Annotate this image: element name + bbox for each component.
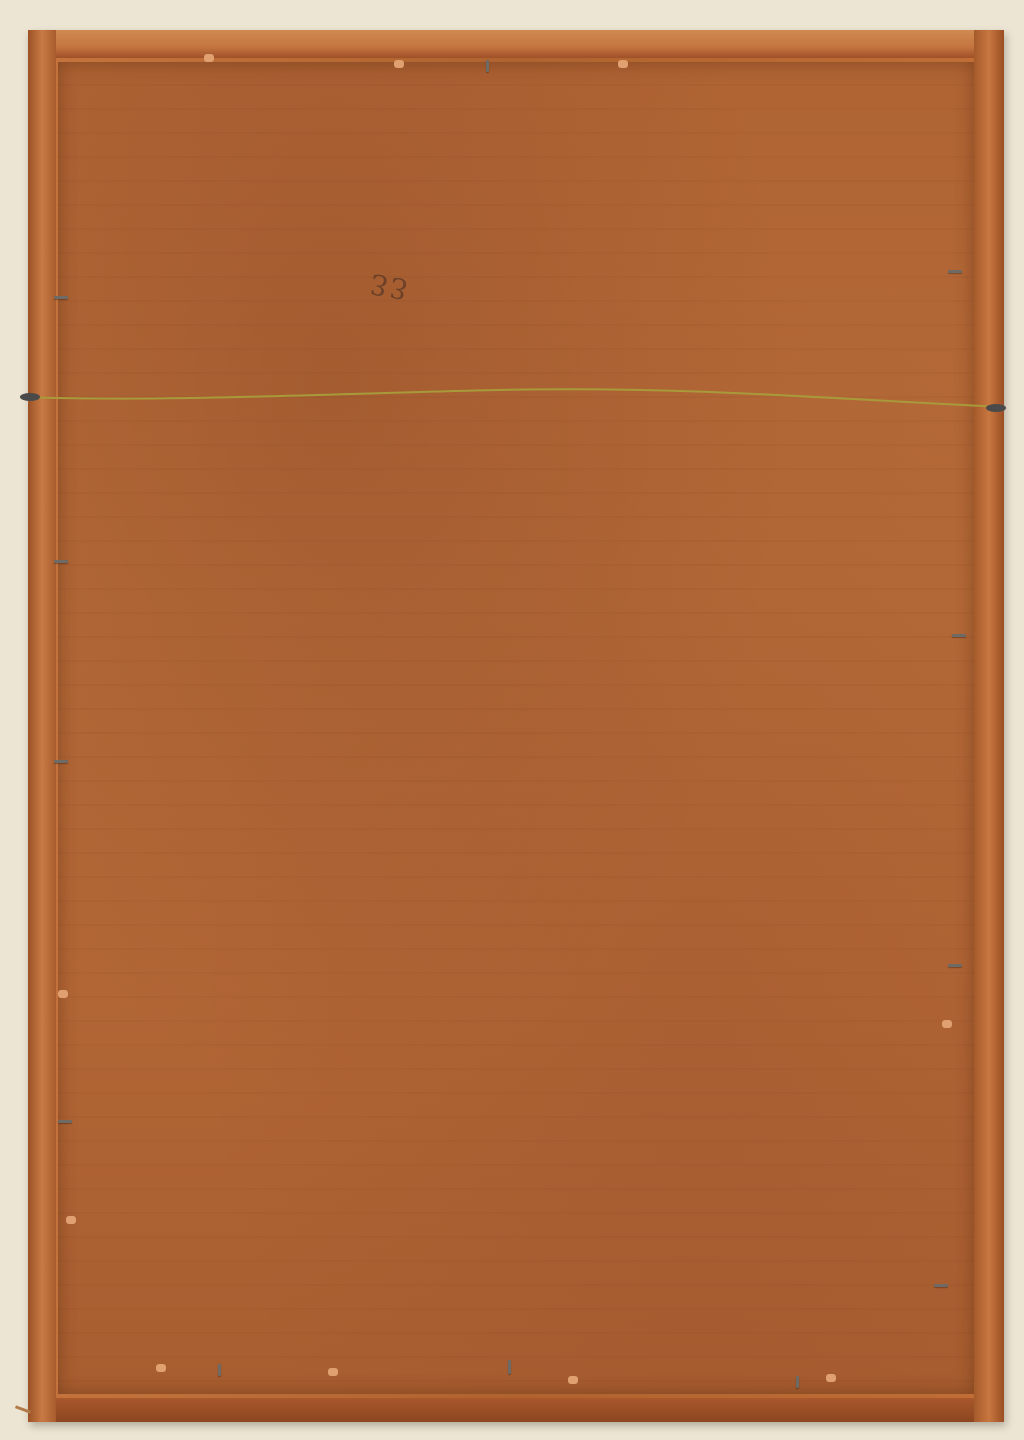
nail-icon	[508, 1360, 511, 1374]
wood-chip	[66, 1216, 76, 1224]
frame-left-rail	[28, 30, 56, 1422]
wood-chip	[826, 1374, 836, 1382]
nail-icon	[934, 1284, 948, 1287]
pencil-number-mark: 33	[367, 267, 412, 306]
frame-bottom-rail	[28, 1398, 1004, 1422]
nail-icon	[486, 60, 489, 72]
nail-icon	[948, 270, 962, 273]
nail-icon	[54, 560, 68, 563]
wood-chip	[58, 990, 68, 998]
wood-chip	[568, 1376, 578, 1384]
wood-chip	[942, 1020, 952, 1028]
nail-icon	[218, 1364, 221, 1376]
nail-icon	[952, 634, 966, 637]
frame-right-rail	[974, 30, 1004, 1422]
wood-chip	[328, 1368, 338, 1376]
nail-icon	[54, 760, 68, 763]
wood-chip	[618, 60, 628, 68]
wood-chip	[204, 54, 214, 62]
paper-backing: 33	[58, 62, 974, 1394]
nail-icon	[54, 296, 68, 299]
picture-frame-back: 33	[28, 30, 1004, 1422]
nail-icon	[948, 964, 962, 967]
hanging-wire	[18, 380, 1008, 420]
frame-top-rail	[28, 30, 1004, 58]
nail-icon	[58, 1120, 72, 1123]
nail-icon	[796, 1376, 799, 1388]
wood-chip	[156, 1364, 166, 1372]
wood-chip	[394, 60, 404, 68]
